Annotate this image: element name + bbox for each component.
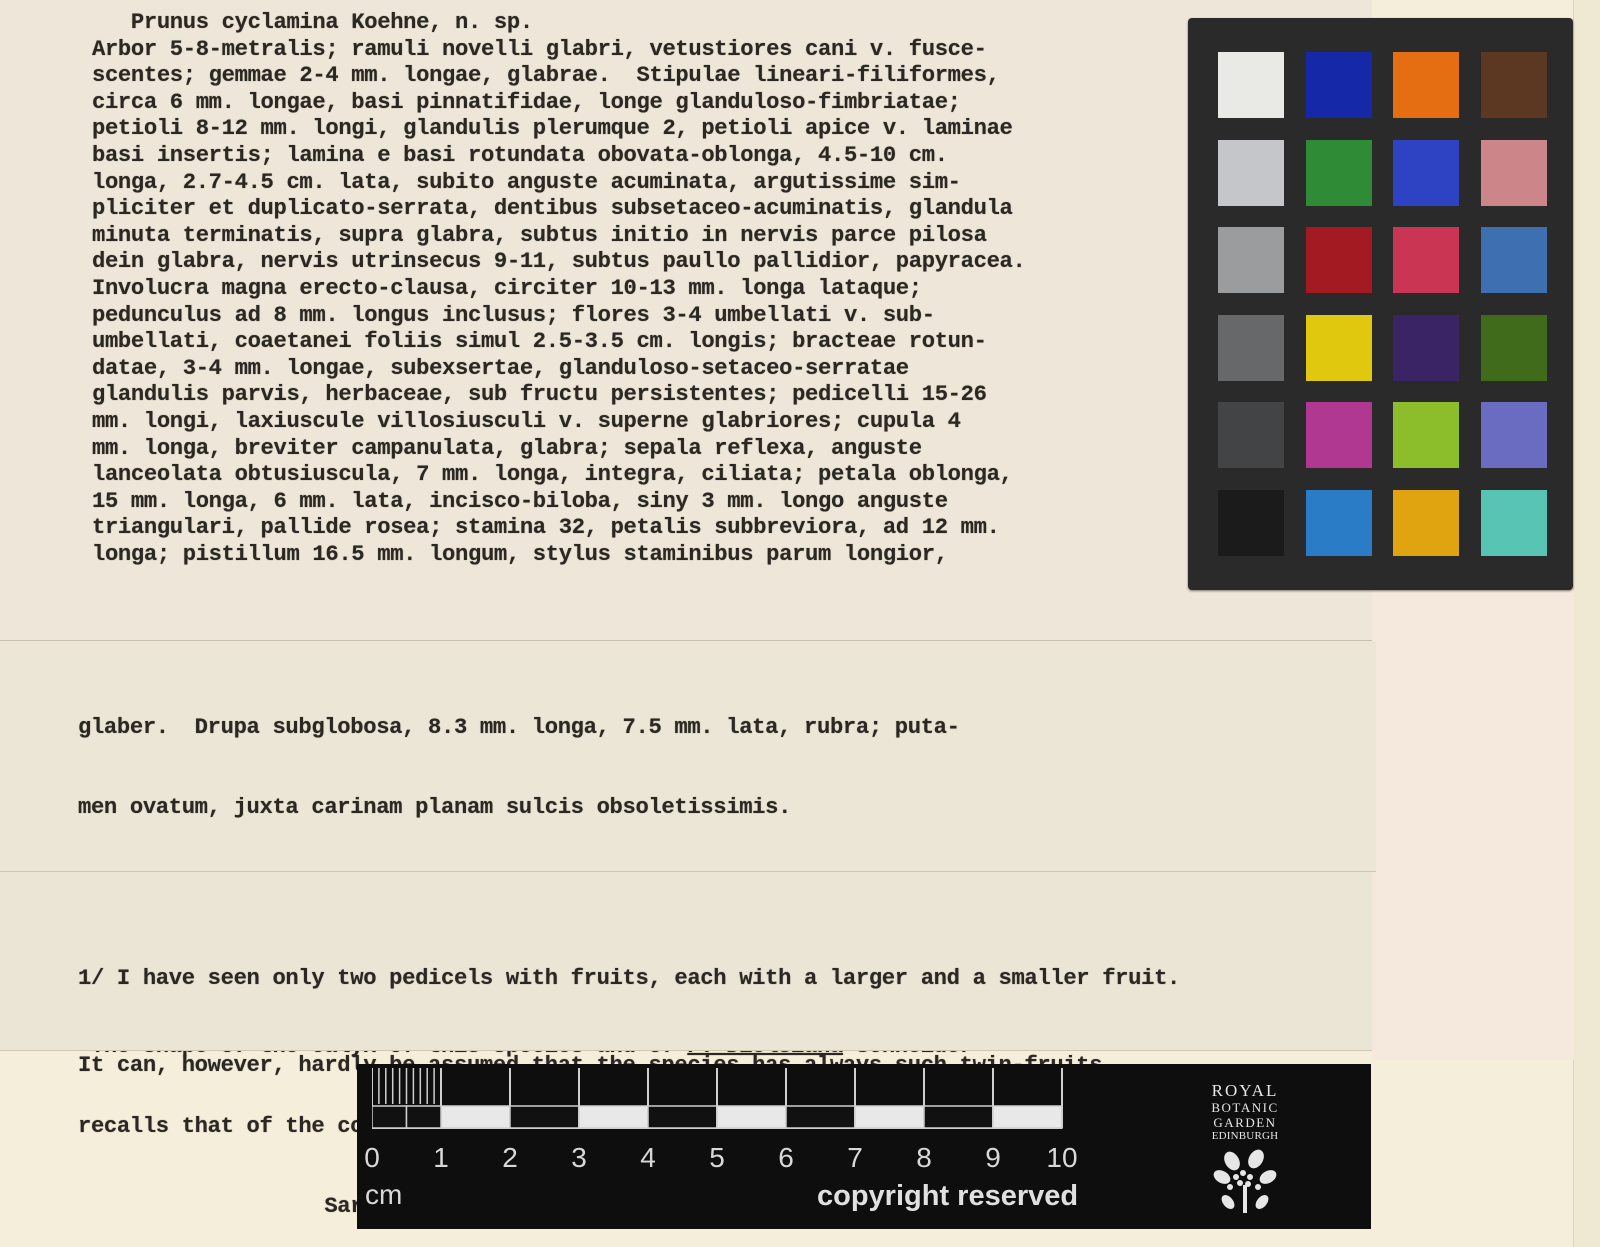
colour-patch xyxy=(1306,52,1372,118)
copyright-notice: copyright reserved xyxy=(817,1180,1078,1213)
text-line: pedunculus ad 8 mm. longus inclusus; flo… xyxy=(92,303,1025,330)
colour-patch xyxy=(1393,315,1459,381)
text-line: dein glabra, nervis utrinsecus 9-11, sub… xyxy=(92,249,1025,276)
scale-tick-label: 2 xyxy=(490,1142,530,1174)
colour-patch xyxy=(1218,315,1284,381)
text-line: pliciter et duplicato-serrata, dentibus … xyxy=(92,196,1025,223)
scale-tick-label: 8 xyxy=(904,1142,944,1174)
scale-tick-label: 1 xyxy=(421,1142,461,1174)
colour-patch xyxy=(1481,315,1547,381)
species-title: Prunus cyclamina Koehne, n. sp. xyxy=(92,10,1025,37)
flowering-plant-emblem-icon xyxy=(1210,1147,1280,1217)
text-line: glandulis parvis, herbaceae, sub fructu … xyxy=(92,382,1025,409)
mount-strip xyxy=(1372,590,1574,1060)
description-text: Prunus cyclamina Koehne, n. sp.Arbor 5-8… xyxy=(92,10,1025,568)
text-line: umbellati, coaetanei foliis simul 2.5-3.… xyxy=(92,329,1025,356)
text-line: scentes; gemmae 2-4 mm. longae, glabrae.… xyxy=(92,63,1025,90)
scale-tick-label: 5 xyxy=(697,1142,737,1174)
colour-patch xyxy=(1393,227,1459,293)
colour-patch xyxy=(1393,490,1459,556)
colour-patch xyxy=(1481,52,1547,118)
logo-line: EDINBURGH xyxy=(1185,1130,1305,1143)
sheet-edge xyxy=(1573,0,1600,1247)
colour-patch xyxy=(1306,490,1372,556)
scale-tick-label: 3 xyxy=(559,1142,599,1174)
colour-patch xyxy=(1393,52,1459,118)
text-line: mm. longi, laxiuscule villosiusculi v. s… xyxy=(92,409,1025,436)
scale-unit-label: cm xyxy=(365,1179,402,1211)
colour-patch xyxy=(1218,140,1284,206)
logo-line: ROYAL xyxy=(1185,1082,1305,1100)
colour-patch xyxy=(1481,490,1547,556)
scale-tick-label: 7 xyxy=(835,1142,875,1174)
text-line: 15 mm. longa, 6 mm. lata, incisco-biloba… xyxy=(92,489,1025,516)
colour-patch xyxy=(1306,227,1372,293)
colour-patch xyxy=(1306,140,1372,206)
text-line: lanceolata obtusiuscula, 7 mm. longa, in… xyxy=(92,462,1025,489)
scale-bar: cm copyright reserved ROYAL BOTANIC GARD… xyxy=(357,1064,1371,1229)
colour-patch xyxy=(1218,52,1284,118)
text-line: glaber. Drupa subglobosa, 8.3 mm. longa,… xyxy=(78,715,973,742)
footnote-line: 1/ I have seen only two pedicels with fr… xyxy=(78,964,1180,993)
colour-patch xyxy=(1218,227,1284,293)
logo-line: BOTANIC xyxy=(1185,1100,1305,1115)
colour-patch xyxy=(1393,402,1459,468)
colour-patch xyxy=(1393,140,1459,206)
scale-tick-label: 0 xyxy=(352,1142,392,1174)
text-line: longa; pistillum 16.5 mm. longum, stylus… xyxy=(92,542,1025,569)
text-line: men ovatum, juxta carinam planam sulcis … xyxy=(78,795,973,822)
colour-patch xyxy=(1218,402,1284,468)
colour-patch xyxy=(1306,315,1372,381)
text-line: Involucra magna erecto-clausa, circiter … xyxy=(92,276,1025,303)
scale-tick-label: 9 xyxy=(973,1142,1013,1174)
logo-line: GARDEN xyxy=(1185,1115,1305,1130)
text-line: triangulari, pallide rosea; stamina 32, … xyxy=(92,515,1025,542)
text-line: longa, 2.7-4.5 cm. lata, subito anguste … xyxy=(92,170,1025,197)
scale-tick-label: 6 xyxy=(766,1142,806,1174)
colour-patch xyxy=(1306,402,1372,468)
colour-patch xyxy=(1481,402,1547,468)
scale-tick-label: 4 xyxy=(628,1142,668,1174)
scale-tick-label: 10 xyxy=(1042,1142,1082,1174)
ruler-graphic xyxy=(372,1068,1082,1130)
text-line: Arbor 5-8-metralis; ramuli novelli glabr… xyxy=(92,37,1025,64)
text-line: mm. longa, breviter campanulata, glabra;… xyxy=(92,436,1025,463)
text-line: basi insertis; lamina e basi rotundata o… xyxy=(92,143,1025,170)
colour-patch xyxy=(1481,140,1547,206)
text-line: datae, 3-4 mm. longae, subexsertae, glan… xyxy=(92,356,1025,383)
colour-patch xyxy=(1218,490,1284,556)
colour-checker-card xyxy=(1188,18,1573,590)
text-line: petioli 8-12 mm. longi, glandulis plerum… xyxy=(92,116,1025,143)
colour-patch xyxy=(1481,227,1547,293)
text-line: minuta terminatis, supra glabra, subtus … xyxy=(92,223,1025,250)
rbge-logo: ROYAL BOTANIC GARDEN EDINBURGH xyxy=(1185,1082,1305,1217)
text-line: circa 6 mm. longae, basi pinnatifidae, l… xyxy=(92,90,1025,117)
